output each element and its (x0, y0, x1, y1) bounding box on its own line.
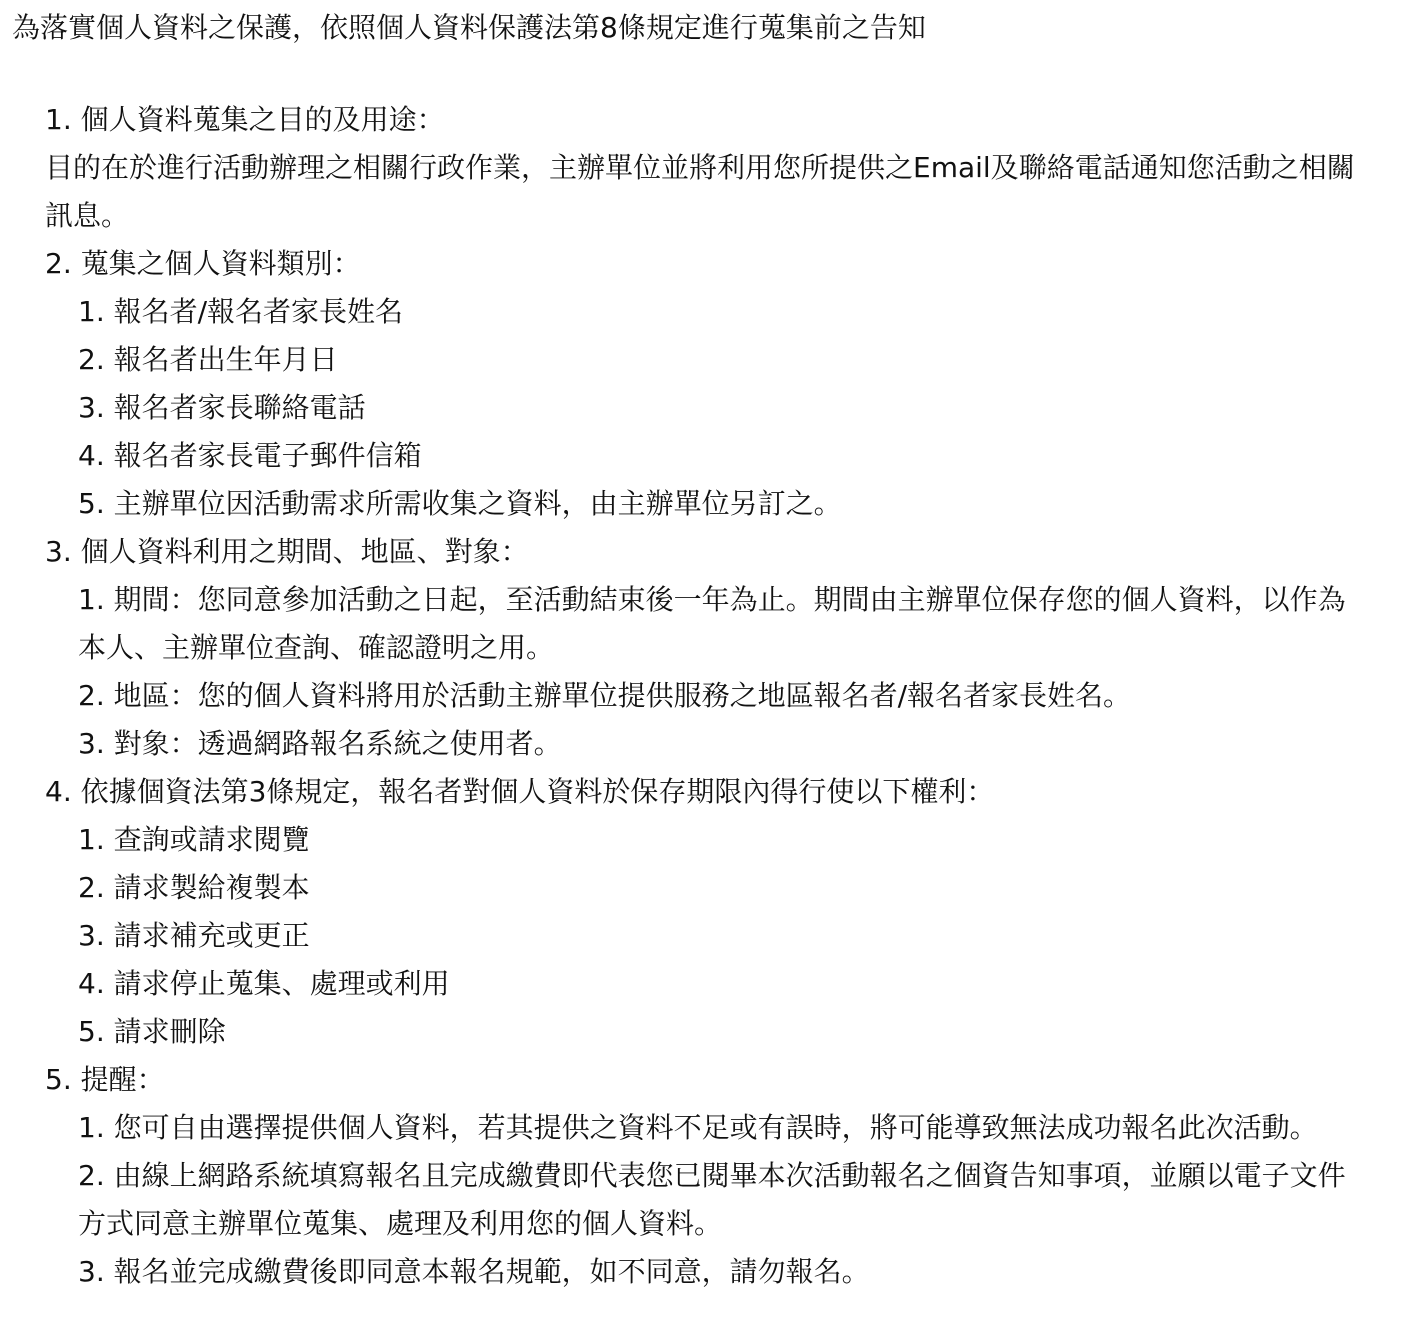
section-heading: 1. 個人資料蒐集之目的及用途： (45, 96, 1406, 144)
list-item: 5. 主辦單位因活動需求所需收集之資料，由主辦單位另訂之。 (78, 480, 1368, 528)
list-item: 3. 對象：透過網路報名系統之使用者。 (78, 720, 1368, 768)
list-item: 4. 報名者家長電子郵件信箱 (78, 432, 1368, 480)
section-usage-period-region-target: 3. 個人資料利用之期間、地區、對象： 1. 期間：您同意參加活動之日起，至活動… (45, 528, 1406, 768)
section-rights: 4. 依據個資法第3條規定，報名者對個人資料於保存期限內得行使以下權利： 1. … (45, 768, 1406, 1056)
list-item: 2. 地區：您的個人資料將用於活動主辦單位提供服務之地區報名者/報名者家長姓名。 (78, 672, 1368, 720)
list-item: 5. 請求刪除 (78, 1008, 1368, 1056)
privacy-notice-document: 為落實個人資料之保護，依照個人資料保護法第8條規定進行蒐集前之告知 1. 個人資… (0, 0, 1406, 1296)
list-item: 1. 查詢或請求閱覽 (78, 816, 1368, 864)
section-heading: 5. 提醒： (45, 1056, 1406, 1104)
sub-list: 1. 期間：您同意參加活動之日起，至活動結束後一年為止。期間由主辦單位保存您的個… (45, 576, 1406, 768)
list-item: 3. 請求補充或更正 (78, 912, 1368, 960)
list-item: 4. 請求停止蒐集、處理或利用 (78, 960, 1368, 1008)
list-item: 2. 請求製給複製本 (78, 864, 1368, 912)
section-heading: 3. 個人資料利用之期間、地區、對象： (45, 528, 1406, 576)
list-item: 2. 報名者出生年月日 (78, 336, 1368, 384)
sub-list: 1. 查詢或請求閱覽 2. 請求製給複製本 3. 請求補充或更正 4. 請求停止… (45, 816, 1406, 1056)
list-item: 2. 由線上網路系統填寫報名且完成繳費即代表您已閱畢本次活動報名之個資告知事項，… (78, 1152, 1368, 1248)
sub-list: 1. 報名者/報名者家長姓名 2. 報名者出生年月日 3. 報名者家長聯絡電話 … (45, 288, 1406, 528)
section-heading: 2. 蒐集之個人資料類別： (45, 240, 1406, 288)
section-heading: 4. 依據個資法第3條規定，報名者對個人資料於保存期限內得行使以下權利： (45, 768, 1406, 816)
spacer (12, 52, 1406, 96)
list-item: 1. 期間：您同意參加活動之日起，至活動結束後一年為止。期間由主辦單位保存您的個… (78, 576, 1368, 672)
list-item: 3. 報名並完成繳費後即同意本報名規範，如不同意，請勿報名。 (78, 1248, 1368, 1296)
list-item: 3. 報名者家長聯絡電話 (78, 384, 1368, 432)
section-purpose: 1. 個人資料蒐集之目的及用途： 目的在於進行活動辦理之相關行政作業，主辦單位並… (45, 96, 1406, 240)
section-data-categories: 2. 蒐集之個人資料類別： 1. 報名者/報名者家長姓名 2. 報名者出生年月日… (45, 240, 1406, 528)
list-item: 1. 報名者/報名者家長姓名 (78, 288, 1368, 336)
section-reminder: 5. 提醒： 1. 您可自由選擇提供個人資料，若其提供之資料不足或有誤時，將可能… (45, 1056, 1406, 1296)
document-title: 為落實個人資料之保護，依照個人資料保護法第8條規定進行蒐集前之告知 (12, 4, 1406, 52)
list-item: 1. 您可自由選擇提供個人資料，若其提供之資料不足或有誤時，將可能導致無法成功報… (78, 1104, 1368, 1152)
section-list: 1. 個人資料蒐集之目的及用途： 目的在於進行活動辦理之相關行政作業，主辦單位並… (12, 96, 1406, 1296)
section-body: 目的在於進行活動辦理之相關行政作業，主辦單位並將利用您所提供之Email及聯絡電… (45, 144, 1380, 240)
sub-list: 1. 您可自由選擇提供個人資料，若其提供之資料不足或有誤時，將可能導致無法成功報… (45, 1104, 1406, 1296)
